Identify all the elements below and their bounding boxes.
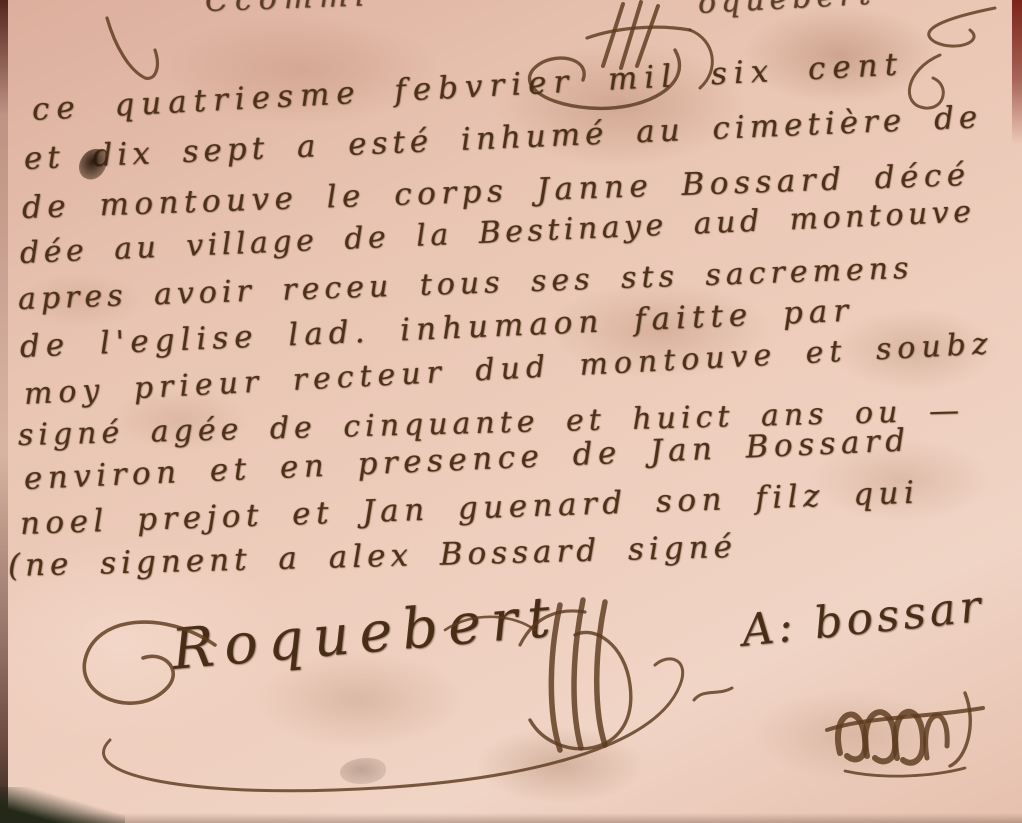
check-stroke-flourish: [95, 8, 180, 93]
bossard-monogram-flourish: [815, 668, 995, 783]
previous-act-fragment-left: Ccommi: [204, 0, 371, 19]
paraph-dash-flourish: [690, 682, 736, 706]
manuscript-page: Ccommi oquebert ce quatriesme febvrier m…: [0, 0, 1022, 823]
page-edge-left: [0, 0, 8, 823]
roquebert-signature-flourish: [15, 590, 735, 810]
page-edge-right: [1012, 0, 1022, 145]
dark-corner-bottom-left: [0, 787, 125, 823]
signature-bossard: A: bossar: [739, 581, 987, 657]
page-edge-bottom: [0, 813, 1022, 823]
